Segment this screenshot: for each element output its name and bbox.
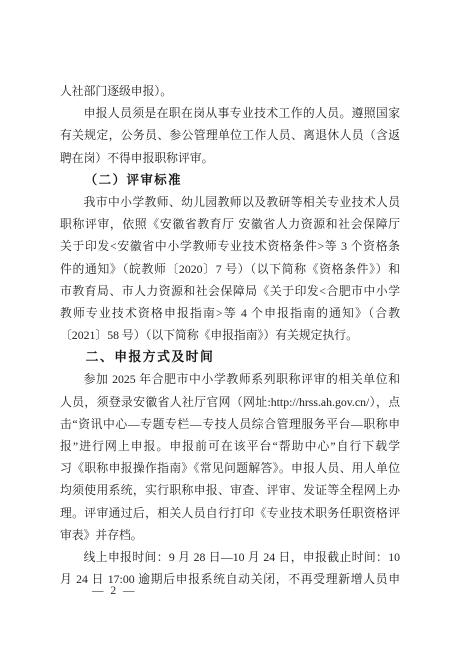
text-line: 关于印发<安徽省中小学教师专业技术资格条件>等 3 个资格条 [60, 235, 400, 257]
text-line: 习《职称申报操作指南》《常见问题解答》。申报人员、用人单位 [60, 457, 400, 479]
text-line: 击“资讯中心—专题专栏—专技人员综合管理服务平台—职称申 [60, 413, 400, 435]
section-heading-application-method: 二、申报方式及时间 [60, 346, 400, 368]
text-line: 市教育局、市人力资源和社会保障局《关于印发<合肥市中小学 [60, 280, 400, 302]
text-line: 参加 2025 年合肥市中小学教师系列职称评审的相关单位和 [60, 368, 400, 390]
text-line: 教师专业技术资格申报指南>等 4 个申报指南的通知》（合教 [60, 302, 400, 324]
text-line: 件的通知》（皖教师〔2020〕7 号）（以下简称《资格条件》）和 [60, 258, 400, 280]
text-line: 有关规定，公务员、参公管理单位工作人员、离退休人员（含返 [60, 124, 400, 146]
text-line: 人社部门逐级申报）。 [60, 80, 400, 102]
text-line: 均须使用系统，实行职称申报、审查、评审、发证等全程网上办 [60, 479, 400, 501]
document-page: 人社部门逐级申报）。 申报人员须是在职在岗从事专业技术工作的人员。遵照国家 有关… [0, 0, 460, 650]
text-line: 职称评审，依照《安徽省教育厅 安徽省人力资源和社会保障厅 [60, 213, 400, 235]
text-line: 线上申报时间：9 月 28 日—10 月 24 日，申报截止时间：10 [60, 546, 400, 568]
subsection-heading-review-standards: （二）评审标准 [60, 169, 400, 191]
page-number: — 2 — [92, 583, 137, 599]
text-line: 我市中小学教师、幼儿园教师以及教研等相关专业技术人员 [60, 191, 400, 213]
text-line: 申报人员须是在职在岗从事专业技术工作的人员。遵照国家 [60, 102, 400, 124]
document-text-block: 人社部门逐级申报）。 申报人员须是在职在岗从事专业技术工作的人员。遵照国家 有关… [60, 80, 400, 590]
text-line: 理。评审通过后，相关人员自行打印《专业技术职务任职资格评 [60, 502, 400, 524]
text-line: 〔2021〕58 号）（以下简称《申报指南》）有关规定执行。 [60, 324, 400, 346]
text-line: 聘在岗）不得申报职称评审。 [60, 147, 400, 169]
text-line: 审表》并存档。 [60, 524, 400, 546]
text-line: 报”进行网上申报。申报前可在该平台“帮助中心”自行下载学 [60, 435, 400, 457]
text-line: 人员，须登录安徽省人社厅官网（网址:http://hrss.ah.gov.cn/… [60, 391, 400, 413]
